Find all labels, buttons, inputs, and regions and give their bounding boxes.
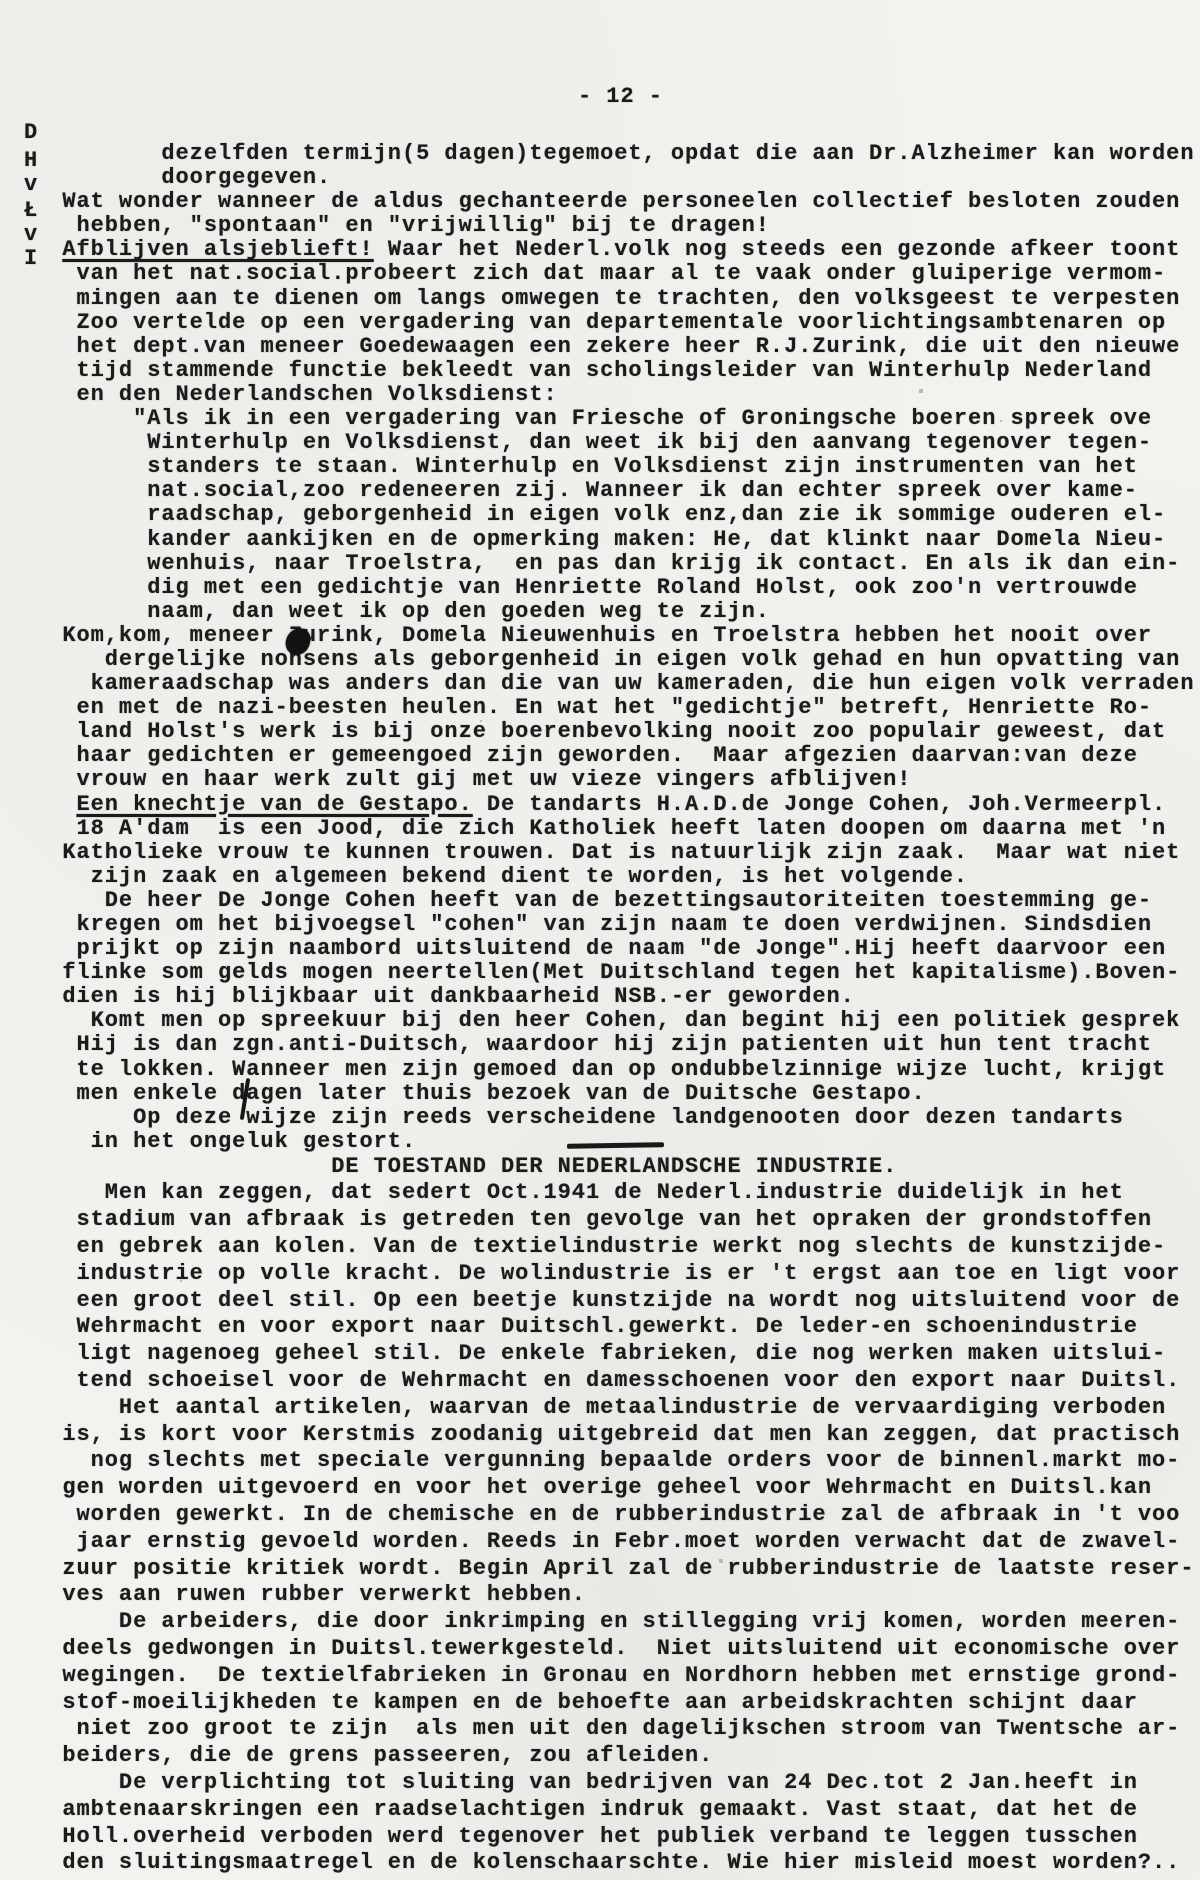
text-line: in het ongeluk gestort. — [34, 1130, 1200, 1154]
text-line: kander aankijken en de opmerking maken: … — [34, 528, 1200, 552]
text-line: "Als ik in een vergadering van Friesche … — [34, 407, 1200, 431]
text-line: ligt nagenoeg geheel stil. De enkele fab… — [34, 1341, 1200, 1368]
text-line: Wehrmacht en voor export naar Duitschl.g… — [34, 1314, 1200, 1341]
text-line: jaar ernstig gevoeld worden. Reeds in Fe… — [34, 1529, 1200, 1556]
text-line: van het nat.social.probeert zich dat maa… — [34, 262, 1200, 286]
text-line: Hij is dan zgn.anti-Duitsch, waardoor hi… — [34, 1033, 1200, 1057]
text-line: wenhuis, naar Troelstra, en pas dan krij… — [34, 552, 1200, 576]
text-line: Katholieke vrouw te kunnen trouwen. Dat … — [34, 841, 1200, 865]
text-line: Wat wonder wanneer de aldus gechanteerde… — [34, 190, 1200, 214]
text-line: en den Nederlandschen Volksdienst: — [34, 383, 1200, 407]
text-line: naam, dan weet ik op den goeden weg te z… — [34, 600, 1200, 624]
paper-specks — [300, 300, 302, 302]
text-line: Men kan zeggen, dat sedert Oct.1941 de N… — [34, 1180, 1200, 1207]
text-line: flinke som gelds mogen neertellen(Met Du… — [34, 961, 1200, 985]
text-line: Afblijven alsjeblieft! Waar het Nederl.v… — [34, 238, 1200, 262]
text-line: beiders, die de grens passeeren, zou afl… — [34, 1743, 1200, 1770]
text-line: het dept.van meneer Goedewaagen een zeke… — [34, 335, 1200, 359]
text-line: De heer De Jonge Cohen heeft van de beze… — [34, 889, 1200, 913]
text-line: zuur positie kritiek wordt. Begin April … — [34, 1556, 1200, 1583]
document-body: dezelfden termijn(5 dagen)tegemoet, opda… — [0, 142, 1200, 1877]
page-number: - 12 - — [578, 84, 663, 109]
text-line: Holl.overheid verboden werd tegenover he… — [34, 1824, 1200, 1851]
text-line: kregen om het bijvoegsel "cohen" van zij… — [34, 913, 1200, 937]
text-line: te lokken. Wanneer men zijn gemoed dan o… — [34, 1058, 1200, 1082]
text-line: den sluitingsmaatregel en de kolenschaar… — [34, 1850, 1200, 1877]
text-line: Op deze wijze zijn reeds verscheidene la… — [34, 1106, 1200, 1130]
text-line: 18 A'dam is een Jood, die zich Katholiek… — [34, 817, 1200, 841]
text-line: niet zoo groot te zijn als men uit den d… — [34, 1716, 1200, 1743]
text-line: is, is kort voor Kerstmis zoodanig uitge… — [34, 1422, 1200, 1449]
text-line: ves aan ruwen rubber verwerkt hebben. — [34, 1582, 1200, 1609]
text-line: een groot deel stil. Op een beetje kunst… — [34, 1288, 1200, 1315]
text-line: De verplichting tot sluiting van bedrijv… — [34, 1770, 1200, 1797]
text-line: land Holst's werk is bij onze boerenbevo… — [34, 720, 1200, 744]
text-line: ambtenaarskringen een raadselachtigen in… — [34, 1797, 1200, 1824]
section-heading: DE TOESTAND DER NEDERLANDSCHE INDUSTRIE. — [34, 1154, 1200, 1181]
text-line: mingen aan te dienen om langs omwegen te… — [34, 287, 1200, 311]
text-line: stadium van afbraak is getreden ten gevo… — [34, 1207, 1200, 1234]
text-line: dezelfden termijn(5 dagen)tegemoet, opda… — [34, 142, 1200, 166]
text-line: men enkele dagen later thuis bezoek van … — [34, 1082, 1200, 1106]
text-line: worden gewerkt. In de chemische en de ru… — [34, 1502, 1200, 1529]
text-line: Het aantal artikelen, waarvan de metaali… — [34, 1395, 1200, 1422]
text-line: raadschap, geborgenheid in eigen volk en… — [34, 503, 1200, 527]
text-line: tend schoeisel voor de Wehrmacht en dame… — [34, 1368, 1200, 1395]
text-line: industrie op volle kracht. De wolindustr… — [34, 1261, 1200, 1288]
text-line: tijd stammende functie bekleedt van scho… — [34, 359, 1200, 383]
text-line: nog slechts met speciale vergunning bepa… — [34, 1448, 1200, 1475]
text-line: dig met een gedichtje van Henriette Rola… — [34, 576, 1200, 600]
text-line: zijn zaak en algemeen bekend dient te wo… — [34, 865, 1200, 889]
text-line: Zoo vertelde op een vergadering van depa… — [34, 311, 1200, 335]
text-line: wegingen. De textielfabrieken in Gronau … — [34, 1663, 1200, 1690]
text-line: Kom,kom, meneer Zurink, Domela Nieuwenhu… — [34, 624, 1200, 648]
text-line: dien is hij blijkbaar uit dankbaarheid N… — [34, 985, 1200, 1009]
text-line: prijkt op zijn naambord uitsluitend de n… — [34, 937, 1200, 961]
underlined-heading-text: Een knechtje van de Gestapo. — [76, 792, 472, 817]
text-line: vrouw en haar werk zult gij met uw vieze… — [34, 768, 1200, 792]
text-line: nat.social,zoo redeneeren zij. Wanneer i… — [34, 479, 1200, 503]
text-line: en gebrek aan kolen. Van de textielindus… — [34, 1234, 1200, 1261]
scanned-page: - 12 - DHvŁvI dezelfden termijn(5 dagen)… — [0, 0, 1200, 1880]
text-line: gen worden uitgevoerd en voor het overig… — [34, 1475, 1200, 1502]
text-line: Komt men op spreekuur bij den heer Cohen… — [34, 1009, 1200, 1033]
text-line: kameraadschap was anders dan die van uw … — [34, 672, 1200, 696]
text-line: doorgegeven. — [34, 166, 1200, 190]
text-line: Een knechtje van de Gestapo. De tandarts… — [34, 793, 1200, 817]
underlined-heading-text: Afblijven alsjeblieft! — [62, 237, 373, 262]
text-line: en met de nazi-beesten heulen. En wat he… — [34, 696, 1200, 720]
text-line: Winterhulp en Volksdienst, dan weet ik b… — [34, 431, 1200, 455]
text-line: hebben, "spontaan" en "vrijwillig" bij t… — [34, 214, 1200, 238]
text-line: haar gedichten er gemeengoed zijn geword… — [34, 744, 1200, 768]
text-line: stof-moeilijkheden te kampen en de behoe… — [34, 1690, 1200, 1717]
text-line: dergelijke nonsens als geborgenheid in e… — [34, 648, 1200, 672]
text-line: deels gedwongen in Duitsl.tewerkgesteld.… — [34, 1636, 1200, 1663]
text-line: De arbeiders, die door inkrimping en sti… — [34, 1609, 1200, 1636]
text-line: standers te staan. Winterhulp en Volksdi… — [34, 455, 1200, 479]
